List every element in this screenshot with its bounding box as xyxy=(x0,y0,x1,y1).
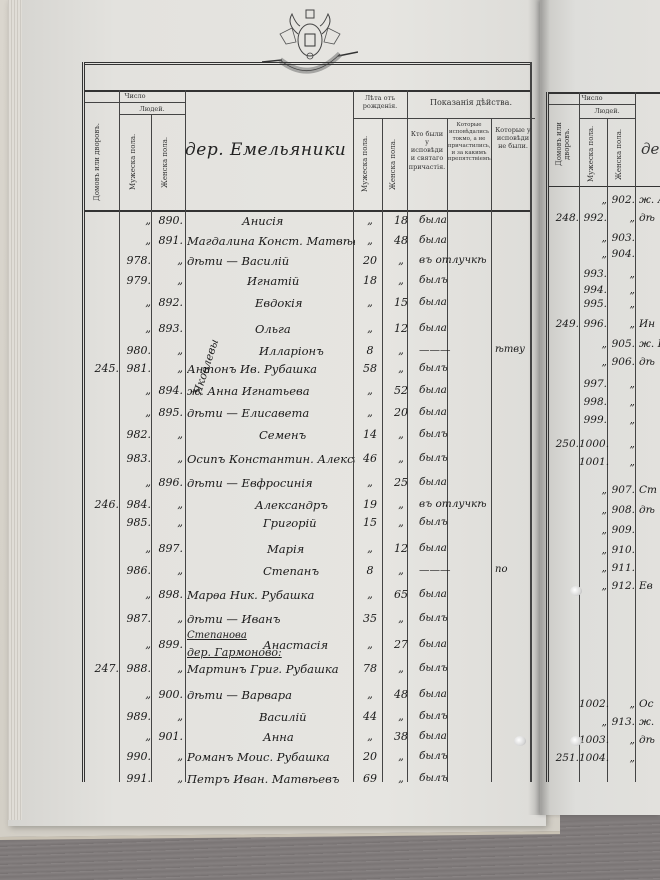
right-header-number: Число xyxy=(549,94,635,102)
annotation-surname: Степанова xyxy=(187,630,247,641)
right-table-row: 251.1004.„ xyxy=(549,752,660,768)
table-row: „890.Анисія„18была xyxy=(85,214,530,233)
table-row: „893.Ольга„12была xyxy=(85,322,530,341)
right-village-fragment: де xyxy=(641,140,659,158)
table-row: „894.ж. Анна Игнатьева„52была xyxy=(85,384,530,403)
table-row: 245.981.„Антонъ Ив. Рубашка58„былъ xyxy=(85,362,530,381)
right-header-male: Мужеска пола. xyxy=(587,124,595,184)
table-row: 982.„Семенъ14„былъ xyxy=(85,428,530,447)
header-households: Домовъ или дворовъ. xyxy=(93,122,101,202)
page-edges xyxy=(8,0,22,820)
header-confessed-only: Которые исповѣдались токмо, а не причаст… xyxy=(448,122,490,163)
right-table-row: „903. xyxy=(549,232,660,248)
header-divider xyxy=(119,114,185,115)
right-table-row: „905.ж. Н xyxy=(549,338,660,354)
right-table-row: „909. xyxy=(549,524,660,540)
header-not-confessed: Которые у исповѣди не были. xyxy=(492,126,534,150)
right-header-households: Домовъ или дворовъ. xyxy=(555,114,571,174)
table-row: „899.Анастасія„27была xyxy=(85,638,530,657)
right-table-row: 997.„ xyxy=(549,378,660,394)
table-row: „896.дѣти — Евфросинія„25была xyxy=(85,476,530,495)
header-age-female: Женска пола. xyxy=(389,124,397,204)
header-confessed: Кто были у исповѣди и святаго причастія. xyxy=(408,130,446,171)
header-age: Лѣта отъ рожденія. xyxy=(353,94,407,110)
header-number: Число xyxy=(85,92,185,100)
right-table-row: 249.996.„Ин xyxy=(549,318,660,334)
binding-hole-icon xyxy=(514,736,526,746)
right-table-row: „902.ж. А xyxy=(549,194,660,210)
table-row: „900.дѣти — Варвара„48была xyxy=(85,688,530,707)
table-row: 983.„Осипъ Константин. Алексинъ46„былъ xyxy=(85,452,530,471)
header-female: Женска пола. xyxy=(161,122,169,202)
table-row: 991.„Петръ Иван. Матвѣевъ69„былъ xyxy=(85,772,530,791)
right-table-row: 1002.„Ос xyxy=(549,698,660,714)
right-table-row: „908.дѣ xyxy=(549,504,660,520)
right-header-bottom xyxy=(549,186,660,187)
right-table-row: 248.992.„дѣ xyxy=(549,212,660,228)
confession-register-table: Число Людей. Домовъ или дворовъ. Мужеска… xyxy=(82,62,532,782)
right-table-row: „906.дѣ xyxy=(549,356,660,372)
right-page-register: Число Людей. Домовъ или дворовъ. Мужеска… xyxy=(546,92,660,782)
table-row: 986.„Степанъ8„———по xyxy=(85,564,530,583)
table-row: „891.Магдалина Конст. Матвѣевъ„48была xyxy=(85,234,530,253)
header-age-male: Мужеска пола. xyxy=(361,124,369,204)
right-table-row: 1001.„ xyxy=(549,456,660,472)
table-row: 979.„Игнатій18„былъ xyxy=(85,274,530,293)
table-row: „895.дѣти — Елисавета„20была xyxy=(85,406,530,425)
right-table-row: „904. xyxy=(549,248,660,264)
annotation-village: дер. Гармоново: xyxy=(187,646,282,659)
right-table-row: „911. xyxy=(549,562,660,578)
table-row: 980.„Илларіонъ8„———ѣтву xyxy=(85,344,530,363)
table-row: 247.988.„Мартинъ Григ. Рубашка78„былъ xyxy=(85,662,530,681)
binding-hole-icon xyxy=(570,586,582,596)
right-table-row: 993.„ xyxy=(549,268,660,284)
header-divider xyxy=(353,118,535,119)
table-top-border xyxy=(85,62,530,65)
header-divider xyxy=(85,102,185,103)
right-table-row: 999.„ xyxy=(549,414,660,430)
village-name: дер. Емельяники xyxy=(185,140,346,160)
header-souls: Людей. xyxy=(119,105,185,113)
binding-hole-icon xyxy=(570,736,582,746)
header-male: Мужеска пола. xyxy=(129,122,137,202)
right-table-row: „913.ж. xyxy=(549,716,660,732)
table-row: „901.Анна„38была xyxy=(85,730,530,749)
right-header-female: Женска пола. xyxy=(615,124,623,184)
table-row: „897.Марія„12была xyxy=(85,542,530,561)
table-row: 987.„дѣти — Иванъ35„былъ xyxy=(85,612,530,631)
right-table-row: „910. xyxy=(549,544,660,560)
right-table-row: 250.1000.„ xyxy=(549,438,660,454)
table-row: „898.Марѳа Ник. Рубашка„65была xyxy=(85,588,530,607)
right-table-row: 1003.„дѣ xyxy=(549,734,660,750)
table-row: 978.„дѣти — Василій20„въ отлучкѣ xyxy=(85,254,530,273)
right-table-row: 995.„ xyxy=(549,298,660,314)
right-header-souls: Людей. xyxy=(579,107,635,115)
right-table-row: „907.Ст xyxy=(549,484,660,500)
table-row: „892.Евдокія„15была xyxy=(85,296,530,315)
right-header-divider xyxy=(549,104,635,105)
table-row: 990.„Романъ Моис. Рубашка20„былъ xyxy=(85,750,530,769)
right-table-row: „912.Ев xyxy=(549,580,660,596)
table-row: 985.„Григорій15„былъ xyxy=(85,516,530,535)
table-row: 989.„Василій44„былъ xyxy=(85,710,530,729)
header-confession: Показанія дѣйства. xyxy=(407,98,535,108)
right-table-row: 998.„ xyxy=(549,396,660,412)
table-row: 246.984.„Александръ19„въ отлучкѣ xyxy=(85,498,530,517)
